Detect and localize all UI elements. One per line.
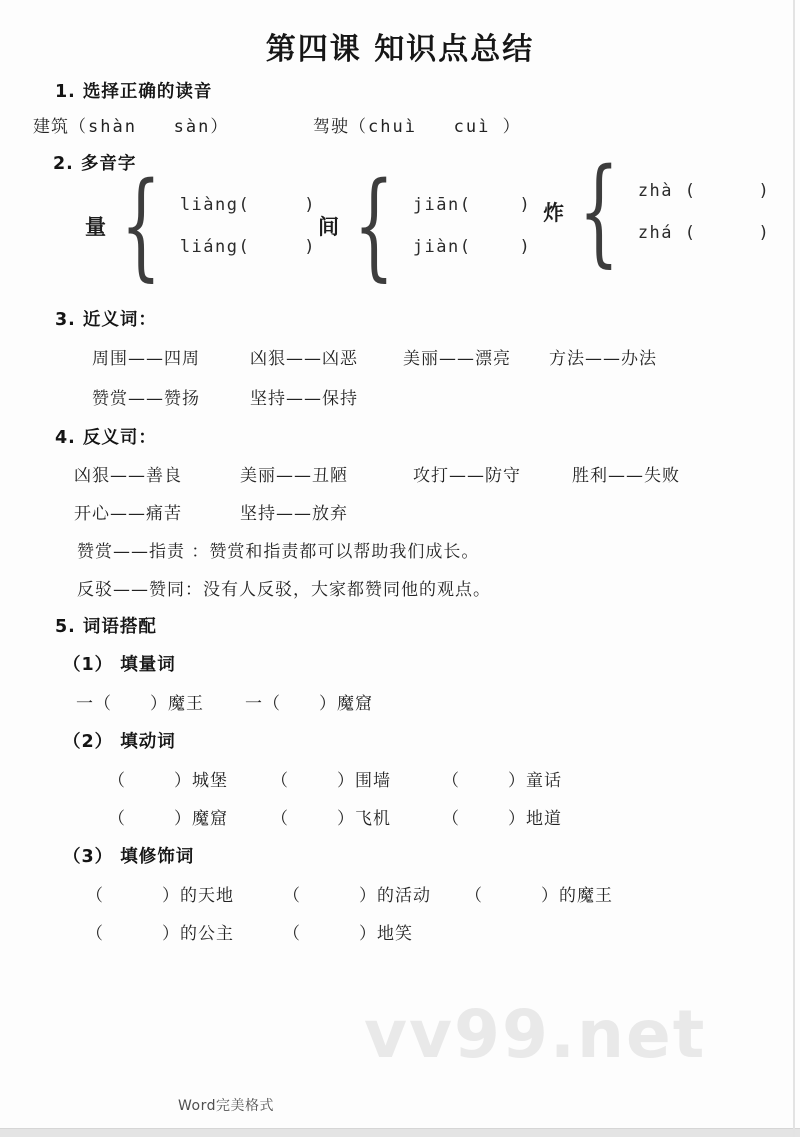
answer-blank bbox=[289, 816, 337, 817]
polyphonic-line: zhá () bbox=[638, 212, 770, 254]
sub1-heading: （1） 填量词 bbox=[63, 651, 176, 676]
fill-blank-item: （）的公主 bbox=[86, 919, 234, 944]
answer-blank bbox=[289, 778, 337, 779]
synonym-pair: 赞赏——赞扬 bbox=[92, 384, 200, 409]
synonym-pair: 坚持——保持 bbox=[250, 384, 358, 409]
polyphonic-character: 炸 bbox=[543, 197, 564, 227]
brace-icon: { bbox=[121, 180, 162, 273]
antonym-pair: 攻打——防守 bbox=[413, 461, 521, 486]
fill-blank-item: （）地道 bbox=[442, 804, 562, 829]
polyphonic-character: 间 bbox=[318, 211, 339, 241]
fill-blank-item: （）围墙 bbox=[271, 766, 391, 791]
footer-note: Word完美格式 bbox=[178, 1095, 274, 1115]
pronunciation-options: （chuì cuì ） bbox=[349, 117, 522, 137]
blank-suffix: ）城堡 bbox=[174, 766, 228, 791]
answer-blank bbox=[126, 778, 174, 779]
fill-blank-item: （）的天地 bbox=[86, 881, 234, 906]
section4-heading: 4. 反义司： bbox=[55, 424, 157, 449]
polyphonic-group-zha: 炸 { zhà () zhá () bbox=[543, 166, 770, 259]
antonym-pair: 美丽——丑陋 bbox=[240, 461, 348, 486]
pinyin-close: ) bbox=[759, 181, 771, 201]
blank-suffix: ）魔窟 bbox=[319, 689, 373, 714]
fill-blank-item: （）童话 bbox=[442, 766, 562, 791]
brace-icon: { bbox=[354, 180, 395, 273]
antonym-example-sentence: 反驳——赞同：没有人反驳，大家都赞同他的观点。 bbox=[77, 575, 491, 600]
antonym-pair: 坚持——放弃 bbox=[240, 499, 348, 524]
blank-suffix: ）魔王 bbox=[150, 689, 204, 714]
pinyin-close: ) bbox=[304, 237, 316, 257]
synonym-pair: 方法——办法 bbox=[549, 344, 657, 369]
synonym-pair: 美丽——漂亮 bbox=[403, 344, 511, 369]
page-bottom-edge bbox=[0, 1128, 800, 1137]
answer-blank bbox=[250, 247, 304, 248]
polyphonic-line: jiàn() bbox=[413, 226, 531, 268]
answer-blank bbox=[126, 816, 174, 817]
pinyin-open: liàng( bbox=[180, 195, 250, 215]
blank-prefix: （ bbox=[86, 881, 104, 906]
pinyin-close: ) bbox=[304, 195, 316, 215]
blank-prefix: （ bbox=[86, 919, 104, 944]
fill-blank-item: 一（）魔窟 bbox=[245, 689, 373, 714]
section1-heading: 1. 选择正确的读音 bbox=[55, 78, 212, 103]
polyphonic-lines: jiān() jiàn() bbox=[413, 184, 531, 268]
polyphonic-lines: zhà () zhá () bbox=[638, 170, 770, 254]
fill-blank-item: （）飞机 bbox=[271, 804, 391, 829]
blank-suffix: ）的活动 bbox=[359, 881, 431, 906]
fill-blank-item: 一（）魔王 bbox=[76, 689, 204, 714]
fill-blank-item: （）魔窟 bbox=[108, 804, 228, 829]
answer-blank bbox=[483, 893, 541, 894]
polyphonic-group-jian: 间 { jiān() jiàn() bbox=[318, 180, 531, 273]
document-page: 第四课 知识点总结 1. 选择正确的读音 建筑（shàn sàn） 驾驶（chu… bbox=[0, 0, 800, 1137]
section5-heading: 5. 词语搭配 bbox=[55, 613, 157, 638]
page-right-edge bbox=[793, 0, 795, 1137]
pronunciation-item: 驾驶（chuì cuì ） bbox=[313, 112, 522, 137]
sub3-heading: （3） 填修饰词 bbox=[63, 843, 194, 868]
answer-blank bbox=[697, 233, 759, 234]
answer-blank bbox=[281, 701, 319, 702]
answer-blank bbox=[301, 931, 359, 932]
blank-prefix: （ bbox=[108, 804, 126, 829]
answer-blank bbox=[112, 701, 150, 702]
pronunciation-word: 驾驶 bbox=[313, 117, 349, 137]
blank-suffix: ）地笑 bbox=[359, 919, 413, 944]
answer-blank bbox=[460, 816, 508, 817]
antonym-pair: 胜利——失败 bbox=[572, 461, 680, 486]
synonym-pair: 凶狠——凶恶 bbox=[250, 344, 358, 369]
answer-blank bbox=[301, 893, 359, 894]
blank-suffix: ）的天地 bbox=[162, 881, 234, 906]
pinyin-close: ) bbox=[520, 237, 532, 257]
answer-blank bbox=[104, 893, 162, 894]
fill-blank-item: （）地笑 bbox=[283, 919, 413, 944]
synonym-pair: 周围——四周 bbox=[92, 344, 200, 369]
antonym-example-sentence: 赞赏——指责 ：赞赏和指责都可以帮助我们成长。 bbox=[77, 537, 479, 562]
blank-prefix: （ bbox=[442, 804, 460, 829]
blank-prefix: （ bbox=[271, 804, 289, 829]
pinyin-open: liáng( bbox=[180, 237, 250, 257]
pinyin-close: ) bbox=[759, 223, 771, 243]
blank-prefix: （ bbox=[442, 766, 460, 791]
blank-suffix: ）围墙 bbox=[337, 766, 391, 791]
polyphonic-lines: liàng() liáng() bbox=[180, 184, 316, 268]
fill-blank-item: （）的魔王 bbox=[465, 881, 613, 906]
blank-suffix: ）地道 bbox=[508, 804, 562, 829]
pronunciation-item: 建筑（shàn sàn） bbox=[33, 112, 229, 137]
polyphonic-line: liàng() bbox=[180, 184, 316, 226]
blank-prefix: （ bbox=[283, 881, 301, 906]
blank-prefix: （ bbox=[465, 881, 483, 906]
section3-heading: 3. 近义词： bbox=[55, 306, 157, 331]
pinyin-open: jiān( bbox=[413, 195, 472, 215]
blank-prefix: （ bbox=[271, 766, 289, 791]
answer-blank bbox=[250, 205, 304, 206]
answer-blank bbox=[697, 191, 759, 192]
fill-blank-item: （）的活动 bbox=[283, 881, 431, 906]
pinyin-open: jiàn( bbox=[413, 237, 472, 257]
answer-blank bbox=[472, 205, 520, 206]
blank-suffix: ）的公主 bbox=[162, 919, 234, 944]
blank-suffix: ）飞机 bbox=[337, 804, 391, 829]
answer-blank bbox=[472, 247, 520, 248]
antonym-pair: 开心——痛苦 bbox=[74, 499, 182, 524]
polyphonic-line: liáng() bbox=[180, 226, 316, 268]
pronunciation-word: 建筑 bbox=[33, 117, 69, 137]
polyphonic-line: zhà () bbox=[638, 170, 770, 212]
polyphonic-line: jiān() bbox=[413, 184, 531, 226]
watermark: vv99.net bbox=[364, 996, 706, 1073]
blank-prefix: 一（ bbox=[245, 689, 281, 714]
blank-suffix: ）魔窟 bbox=[174, 804, 228, 829]
polyphonic-group-liang: 量 { liàng() liáng() bbox=[85, 180, 316, 273]
pinyin-open: zhá ( bbox=[638, 223, 697, 243]
blank-suffix: ）的魔王 bbox=[541, 881, 613, 906]
pronunciation-options: （shàn sàn） bbox=[69, 117, 229, 137]
blank-suffix: ）童话 bbox=[508, 766, 562, 791]
answer-blank bbox=[460, 778, 508, 779]
answer-blank bbox=[104, 931, 162, 932]
blank-prefix: （ bbox=[283, 919, 301, 944]
blank-prefix: 一（ bbox=[76, 689, 112, 714]
fill-blank-item: （）城堡 bbox=[108, 766, 228, 791]
sub2-heading: （2） 填动词 bbox=[63, 728, 176, 753]
brace-icon: { bbox=[579, 166, 620, 259]
pinyin-open: zhà ( bbox=[638, 181, 697, 201]
page-title: 第四课 知识点总结 bbox=[0, 24, 800, 68]
pinyin-close: ) bbox=[520, 195, 532, 215]
polyphonic-character: 量 bbox=[85, 211, 106, 241]
blank-prefix: （ bbox=[108, 766, 126, 791]
antonym-pair: 凶狠——善良 bbox=[74, 461, 182, 486]
